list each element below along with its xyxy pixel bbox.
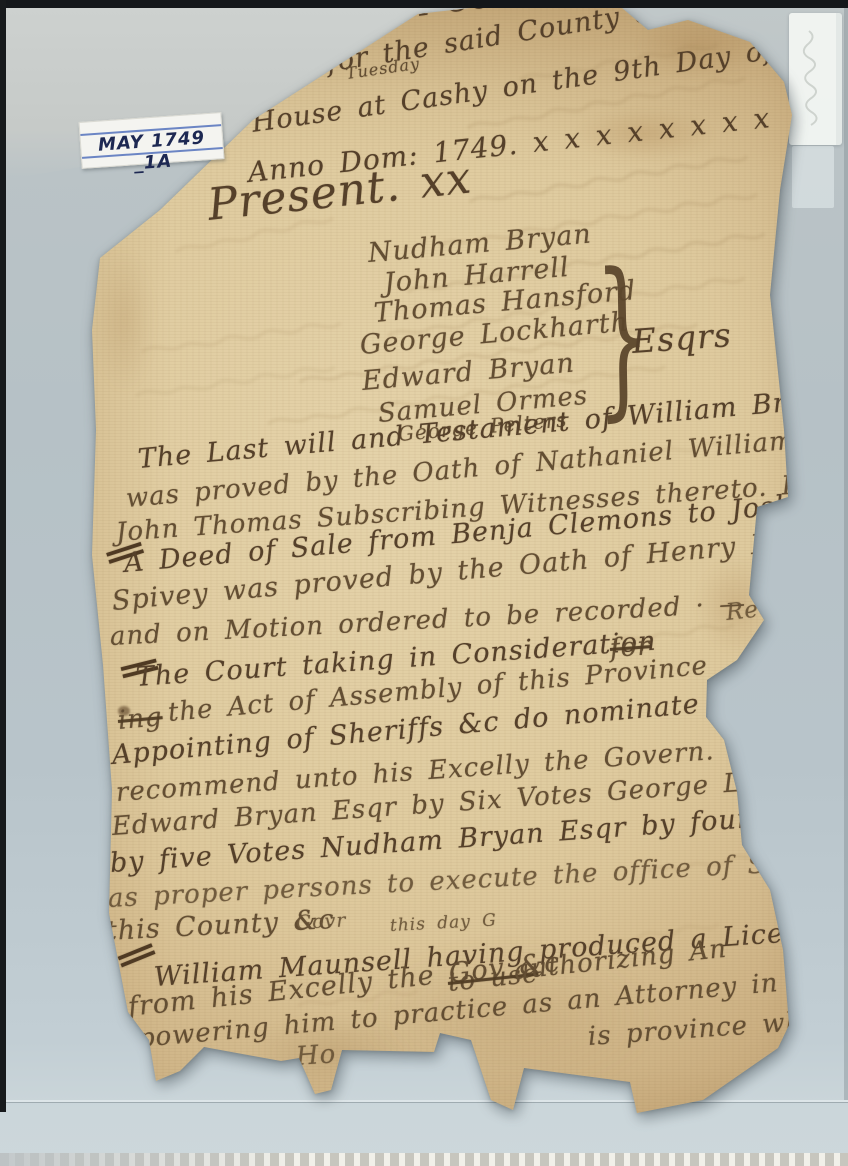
esquires-label: Esqrs bbox=[631, 315, 733, 361]
bottom-fragment-ho: Ho bbox=[295, 1039, 337, 1072]
scanner-edge-right bbox=[844, 8, 848, 1100]
paper-sheet: ie County Ss At A Court held for the sai… bbox=[0, 0, 848, 1166]
archival-label: MAY 1749 _1A bbox=[79, 112, 225, 169]
struck-word-ing: ing bbox=[117, 702, 164, 736]
heading-fragment-county: ie County Ss bbox=[147, 0, 369, 60]
interlineation-govr: Govr bbox=[295, 909, 347, 934]
scanner-edge-left bbox=[0, 0, 6, 1112]
scanner-edge-top bbox=[0, 0, 848, 8]
scanned-manuscript-page: { "scan": { "archival_label": "MAY 1749 … bbox=[0, 0, 848, 1166]
manuscript-paper: ie County Ss At A Court held for the sai… bbox=[0, 0, 848, 1166]
